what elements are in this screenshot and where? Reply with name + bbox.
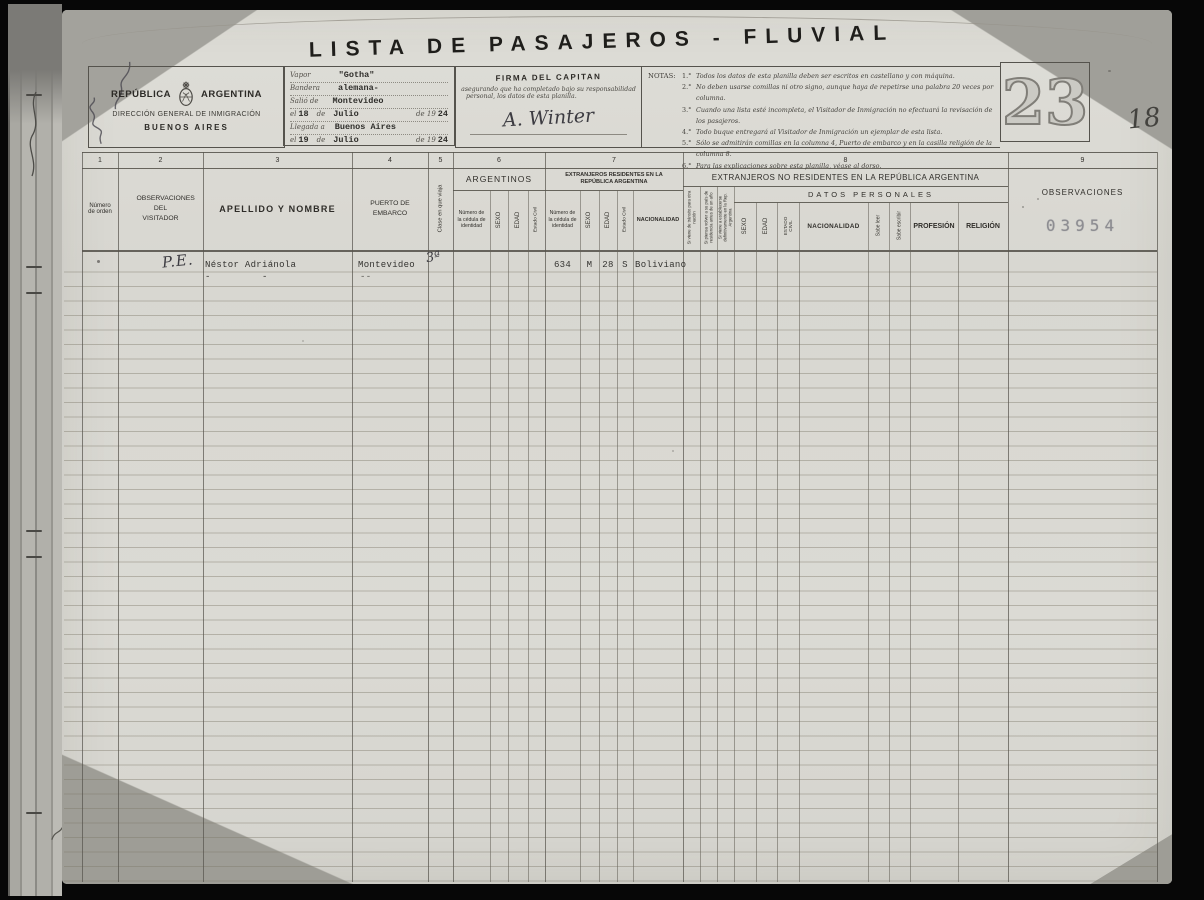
dep-month: Julio — [333, 109, 359, 119]
binding-stitch — [26, 812, 42, 814]
header-sexo-argentinos: SEXO — [490, 191, 508, 249]
row-estado-civil: S — [617, 260, 633, 270]
header-cedula-argentinos: Número de la cédula de identidad — [453, 190, 490, 250]
row-clase: 3ª — [425, 249, 442, 266]
grid-line-v — [453, 152, 454, 882]
paper-speck — [1022, 206, 1024, 208]
row-nacionalidad: Boliviano — [635, 260, 686, 270]
grid-line-v — [868, 202, 869, 882]
header-nacionalidad-no-residentes: NACIONALIDAD — [799, 202, 868, 250]
scanned-ledger-photo: LISTA DE PASAJEROS - FLUVIAL REPÚBLICA A… — [0, 0, 1204, 900]
sheet-number: 23 — [1000, 62, 1090, 142]
binding-stitch — [26, 530, 42, 532]
grid-line-v — [82, 152, 83, 882]
grid-line-v — [777, 202, 778, 882]
arr-month: Julio — [333, 135, 359, 145]
grid-line-v — [617, 190, 618, 882]
header-edad-no-residentes: EDAD — [755, 203, 777, 249]
column-number-8: 8 — [683, 152, 1008, 168]
org-department: DIRECCIÓN GENERAL DE INMIGRACIÓN — [89, 111, 284, 118]
nota-number: 2.° — [682, 82, 696, 104]
nota-item: 2.° No deben usarse comillas ni otro sig… — [682, 82, 994, 104]
header-establecerse: Si viene a establecerse definitivamente … — [717, 186, 734, 250]
signature-line — [470, 134, 627, 135]
column-number-6: 6 — [453, 152, 545, 168]
header-estado-civil-residentes: Estado Civil — [617, 205, 634, 235]
captain-signature-box: FIRMA DEL CAPITAN asegurando que ha comp… — [455, 66, 642, 148]
arr-de19-label: de 19 — [416, 136, 436, 144]
header-estado-civil-no-residentes: ESTADO CIVIL — [777, 211, 799, 241]
header-observaciones-visitador-label: OBSERVACIONES DEL VISITADOR — [137, 194, 185, 224]
nota-item: 1.° Todos los datos de esta planilla deb… — [682, 71, 994, 82]
header-sabe-leer: Sabe leer — [868, 203, 889, 249]
nota-item: 3.° Cuando una lista esté incompleta, el… — [682, 105, 994, 127]
grid-line-v — [580, 190, 581, 882]
passenger-list-page: LISTA DE PASAJEROS - FLUVIAL REPÚBLICA A… — [62, 10, 1172, 884]
column-number-3: 3 — [203, 152, 352, 168]
header-profesion: PROFESIÓN — [910, 202, 958, 250]
grid-line-v — [734, 186, 735, 882]
column-number-4: 4 — [352, 152, 428, 168]
grid-line-v — [118, 152, 119, 882]
org-city: BUENOS AIRES — [89, 123, 284, 132]
arr-de-label: de — [317, 136, 326, 144]
paper-speck — [1037, 198, 1039, 200]
nota-number: 4.° — [682, 127, 696, 138]
captain-signature: A. Winter — [456, 102, 642, 134]
ship-info-box: Vapor "Gotha" Bandera alemana- Salió de … — [283, 66, 455, 146]
grid-line-v — [352, 152, 353, 882]
grid-line-v — [633, 190, 634, 882]
header-nacionalidad-residentes: NACIONALIDAD — [633, 190, 683, 250]
dep-day: 18 — [298, 109, 308, 119]
grid-line-v — [508, 190, 509, 882]
notas-label: NOTAS: — [648, 72, 676, 80]
column-number-5: 5 — [428, 152, 453, 168]
bandera-label: Bandera — [290, 84, 320, 92]
nota-number: 1.° — [682, 71, 696, 82]
header-group-extranjeros-no-residentes: EXTRANJEROS NO RESIDENTES EN LA REPÚBLIC… — [683, 168, 1008, 186]
header-cedula-residentes: Número de la cédula de identidad — [545, 190, 580, 250]
row-apellido-nombre: Néstor Adriánola — [205, 260, 296, 270]
nota-text: Cuando una lista esté incompleta, el Vis… — [696, 105, 994, 127]
header-cedula-argentinos-label: Número de la cédula de identidad — [457, 210, 487, 229]
row-puerto: Montevideo — [358, 260, 415, 270]
argentina-coat-of-arms-icon — [177, 81, 195, 107]
grid-line-v — [756, 202, 757, 882]
header-sexo-no-residentes: SEXO — [734, 203, 756, 249]
dep-year: 24 — [438, 109, 448, 119]
nota-text: Todo buque entregará al Visitador de Inm… — [696, 127, 942, 138]
row-cedula: 634 — [545, 260, 580, 270]
grid-line-v — [700, 186, 701, 882]
grid-line-v — [958, 202, 959, 882]
header-observaciones-visitador: OBSERVACIONES DEL VISITADOR — [118, 168, 203, 250]
header-transito: Si viene de tránsito para otra nación — [683, 186, 700, 250]
grid-line-v — [799, 202, 800, 882]
dep-el-label: el — [290, 110, 296, 118]
row-apellido-nombre-dashes: - - — [205, 272, 268, 282]
column-number-9: 9 — [1008, 152, 1157, 168]
paper-speck — [1108, 70, 1111, 72]
org-box: REPÚBLICA ARGENTINA DIRECCIÓN GENERAL DE… — [88, 66, 285, 148]
arr-year: 24 — [438, 135, 448, 145]
dep-de-label: de — [317, 110, 326, 118]
header-puerto-embarco-label: PUERTO DE EMBARCO — [370, 199, 410, 219]
grid-line-v — [1157, 152, 1158, 882]
firma-note-line1: asegurando que ha completado bajo su res… — [456, 86, 641, 93]
nota-number: 3.° — [682, 105, 696, 127]
header-sabe-escribir: Sabe escribir — [889, 203, 910, 249]
header-datos-personales: DATOS PERSONALES — [734, 186, 1008, 202]
grid-line-v — [599, 190, 600, 882]
org-country-right: ARGENTINA — [201, 89, 262, 100]
header-puerto-embarco: PUERTO DE EMBARCO — [352, 168, 428, 250]
grid-line-v — [910, 202, 911, 882]
grid-line-v — [203, 152, 204, 882]
header-cedula-residentes-label: Número de la cédula de identidad — [548, 210, 578, 229]
header-edad-residentes: EDAD — [599, 191, 617, 249]
column-number-1: 1 — [82, 152, 118, 168]
bandera-value: alemana- — [338, 83, 379, 93]
grid-line-v — [528, 190, 529, 882]
vapor-label: Vapor — [290, 71, 311, 79]
header-apellido-nombre: APELLIDO Y NOMBRE — [203, 168, 352, 250]
row-visitador-mark: P.E. — [161, 250, 194, 271]
header-group-argentinos: ARGENTINOS — [453, 168, 545, 190]
nota-text: No deben usarse comillas ni otro signo, … — [696, 82, 994, 104]
arr-day: 19 — [298, 135, 308, 145]
nota-text: Todos los datos de esta planilla deben s… — [696, 71, 955, 82]
grid-line-v — [889, 202, 890, 882]
salio-label: Salió de — [290, 97, 319, 105]
salio-value: Montevideo — [333, 96, 384, 106]
vapor-value: "Gotha" — [339, 70, 375, 80]
binding-stitch — [26, 556, 42, 558]
header-numero-orden-label: Número de orden — [86, 203, 114, 215]
row-puerto-dashes: -- — [360, 272, 371, 282]
header-estado-civil-argentinos: Estado Civil — [528, 205, 545, 235]
notas-section: NOTAS: 1.° Todos los datos de esta plani… — [640, 66, 1000, 148]
grid-line-v — [717, 186, 718, 882]
llegada-label: Llegada a — [290, 123, 325, 131]
nota-item: 4.° Todo buque entregará al Visitador de… — [682, 127, 994, 138]
header-observaciones: OBSERVACIONES — [1008, 182, 1157, 202]
ruled-lines — [64, 258, 1157, 882]
grid-line-v — [1008, 152, 1009, 882]
binding-stitch — [26, 292, 42, 294]
header-religion: RELIGIÓN — [958, 202, 1008, 250]
header-volver-pais: Si piensa volver a su país de residencia… — [700, 186, 717, 250]
header-group-extranjeros-residentes: EXTRANJEROS RESIDENTES EN LA REPÚBLICA A… — [545, 168, 683, 190]
paper-speck — [672, 450, 674, 452]
grid-line-v — [490, 190, 491, 882]
paper-speck — [302, 340, 304, 342]
llegada-value: Buenos Aires — [335, 122, 396, 132]
header-sexo-residentes: SEXO — [580, 191, 598, 249]
arr-el-label: el — [290, 136, 296, 144]
handwritten-page-number: 18 — [1113, 101, 1176, 137]
header-clase-viaja: Clase en que viaja — [428, 169, 453, 249]
paper-speck — [97, 260, 100, 263]
firma-note-line2: personal, los datos de esta planilla. — [466, 93, 641, 100]
column-number-2: 2 — [118, 152, 203, 168]
dep-de19-label: de 19 — [416, 110, 436, 118]
binding-thread — [22, 90, 48, 180]
org-country-left: REPÚBLICA — [111, 89, 171, 100]
row-edad: 28 — [599, 260, 617, 270]
header-group-extranjeros-residentes-label: EXTRANJEROS RESIDENTES EN LA REPÚBLICA A… — [558, 172, 670, 186]
header-numero-orden: Número de orden — [82, 168, 118, 250]
stamp-number: 03954 — [1008, 216, 1157, 235]
header-edad-argentinos: EDAD — [509, 191, 527, 249]
row-sexo: M — [580, 260, 599, 270]
binding-stitch — [26, 266, 42, 268]
grid-line-h — [82, 250, 1157, 252]
column-number-7: 7 — [545, 152, 683, 168]
firma-title: FIRMA DEL CAPITAN — [456, 71, 641, 83]
